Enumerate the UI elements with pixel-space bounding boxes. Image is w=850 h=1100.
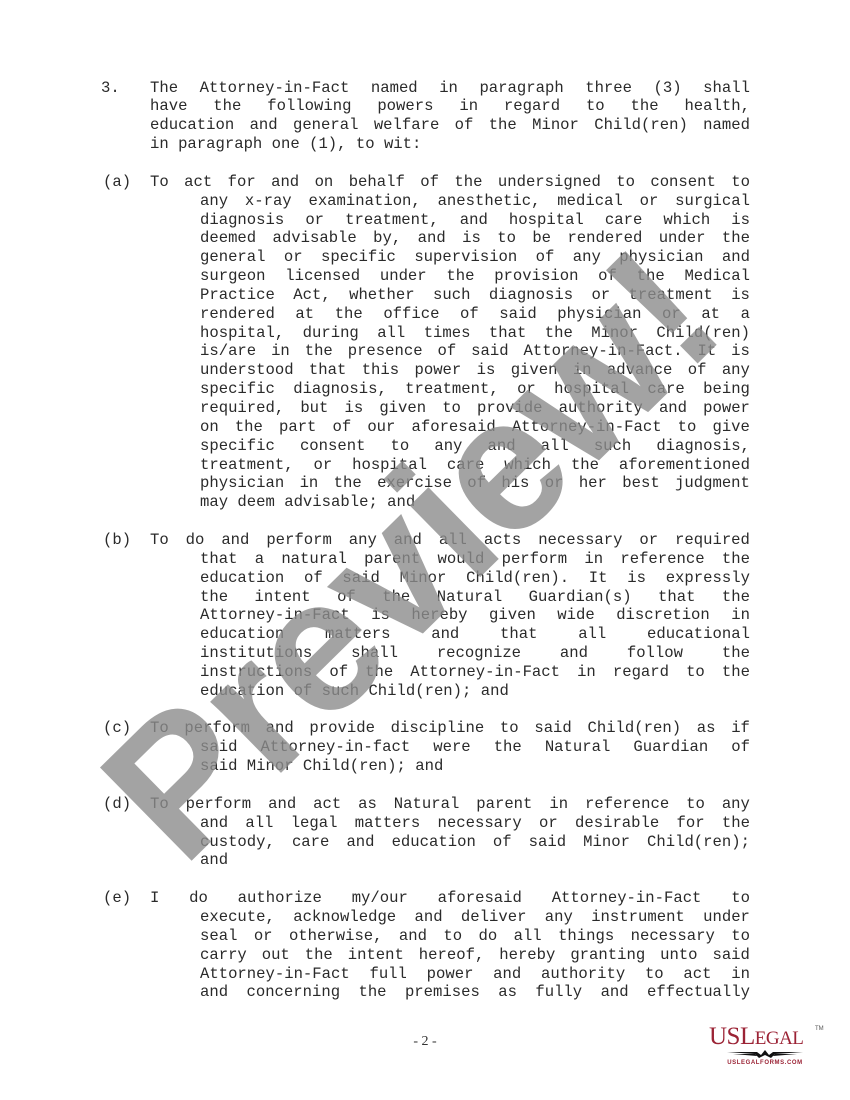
word: follow	[627, 644, 683, 663]
word: in	[439, 79, 458, 98]
paragraph-label: (e)	[103, 889, 131, 908]
word: part	[279, 418, 316, 437]
word: instructions	[200, 663, 312, 682]
word: of	[304, 569, 323, 588]
word: the	[335, 305, 363, 324]
word: of	[536, 248, 555, 267]
word: Attorney-in-Fact	[410, 663, 560, 682]
text-line: ToperformandprovidedisciplinetosaidChild…	[150, 719, 750, 738]
text-line: specificconsenttoanyandallsuchdiagnosis,	[200, 437, 750, 456]
word: discretion	[616, 606, 710, 625]
text-line: generalorspecificsupervisionofanyphysici…	[200, 248, 750, 267]
word: consent	[650, 173, 716, 192]
word: treatment	[629, 286, 713, 305]
word: to	[686, 795, 705, 814]
word: exercise	[377, 474, 452, 493]
text-line: thatanaturalparentwouldperforminreferenc…	[200, 550, 750, 569]
word: perform	[502, 550, 568, 569]
word: as	[498, 983, 517, 1002]
word: any	[545, 908, 573, 927]
word: perform	[186, 795, 252, 814]
text-line: hospital,duringalltimesthattheMinorChild…	[200, 324, 750, 343]
word: Child(ren).	[466, 569, 569, 588]
word: in	[731, 606, 750, 625]
uslegal-logo[interactable]: USLEGAL TM USLEGALFORMS.COM	[705, 1024, 825, 1069]
word: as	[697, 719, 716, 738]
word: of	[438, 342, 457, 361]
document-page: 3.TheAttorney-in-Factnamedinparagraphthr…	[0, 0, 850, 1100]
text-line: Idoauthorizemy/ouraforesaidAttorney-in-F…	[150, 889, 750, 908]
word: hospital,	[200, 324, 284, 343]
text-line: educationmattersandthatalleducational	[200, 625, 750, 644]
word: being	[703, 380, 750, 399]
word: all	[439, 531, 467, 550]
word: and	[268, 795, 296, 814]
word: or	[539, 814, 558, 833]
word: educational	[647, 625, 750, 644]
text-line: diagnosisortreatment,andhospitalcarewhic…	[200, 211, 750, 230]
word: to	[442, 399, 461, 418]
word: necessary	[631, 927, 715, 946]
word: do	[186, 531, 205, 550]
word: institutions	[200, 644, 312, 663]
word: Medical	[684, 267, 750, 286]
word: Practice	[200, 286, 275, 305]
word: whether	[349, 286, 415, 305]
logo-url: USLEGALFORMS.COM	[705, 1060, 825, 1066]
word: matters	[325, 625, 391, 644]
word: To	[150, 531, 169, 550]
word: seal	[200, 927, 237, 946]
word: the	[334, 474, 362, 493]
word: the	[722, 663, 750, 682]
word: all	[578, 625, 606, 644]
word: the	[358, 983, 386, 1002]
word: power	[427, 965, 474, 984]
word: give	[712, 418, 749, 437]
word: the	[489, 116, 517, 135]
word: the	[213, 97, 241, 116]
word: natural	[281, 550, 347, 569]
word: provision	[494, 267, 578, 286]
word: care	[447, 456, 484, 475]
word: necessary	[538, 531, 622, 550]
word: physician	[557, 305, 641, 324]
text-line: andalllegalmattersnecessaryordesirablefo…	[200, 814, 750, 833]
word: the	[305, 946, 333, 965]
word: which	[504, 456, 551, 475]
word: provide	[477, 399, 543, 418]
word: in	[584, 550, 603, 569]
word: best	[622, 474, 659, 493]
word: such	[433, 286, 470, 305]
text-line: renderedattheofficeofsaidphysicianorata	[200, 305, 750, 324]
word: Natural	[394, 795, 460, 814]
word: said	[499, 305, 536, 324]
word: a	[255, 550, 264, 569]
word: diagnosis	[200, 211, 284, 230]
text-line: specificdiagnosis,treatment,orhospitalca…	[200, 380, 750, 399]
word: for	[228, 173, 256, 192]
word: of	[731, 738, 750, 757]
word: consent	[300, 437, 366, 456]
word: judgment	[675, 474, 750, 493]
word: specific	[321, 248, 396, 267]
word: and	[418, 229, 446, 248]
word: or	[545, 474, 564, 493]
word: and	[221, 531, 249, 550]
word: of	[467, 474, 486, 493]
word: that	[309, 361, 346, 380]
word: and	[460, 211, 488, 230]
word: licensed	[285, 267, 360, 286]
word: to	[443, 927, 462, 946]
word: if	[731, 719, 750, 738]
word: is	[731, 286, 750, 305]
word: of	[333, 418, 352, 437]
word: It	[589, 569, 608, 588]
word: is	[731, 211, 750, 230]
word: diagnosis,	[293, 380, 387, 399]
text-line: deemedadvisableby,andistoberenderedunder…	[200, 229, 750, 248]
word: Natural	[545, 738, 611, 757]
text-line: surgeonlicensedundertheprovisionoftheMed…	[200, 267, 750, 286]
word: perform	[266, 531, 332, 550]
word: three	[585, 79, 632, 98]
word: parent	[364, 550, 420, 569]
word: and	[266, 719, 294, 738]
word: anesthetic,	[438, 192, 541, 211]
word: which	[663, 211, 710, 230]
word: education	[150, 116, 234, 135]
word: and	[601, 983, 629, 1002]
text-line: may deem advisable; and	[200, 493, 750, 512]
word: necessary	[438, 814, 522, 833]
word: surgical	[675, 192, 750, 211]
text-line: havethefollowingpowersinregardtothehealt…	[150, 97, 750, 116]
text-line: education of such Child(ren); and	[200, 682, 750, 701]
word: out	[262, 946, 290, 965]
word: examination,	[308, 192, 420, 211]
word: and	[200, 814, 228, 833]
word: that	[500, 625, 537, 644]
eagle-wings-icon	[727, 1049, 803, 1059]
word: Attorney-in-Fact.	[524, 342, 683, 361]
word: diagnosis,	[656, 437, 750, 456]
word: or	[662, 305, 681, 324]
word: is	[731, 342, 750, 361]
word: of	[460, 305, 479, 324]
word: have	[150, 97, 187, 116]
text-line: custody,careandeducationofsaidMinorChild…	[200, 833, 750, 852]
word: education	[392, 833, 476, 852]
word: shall	[351, 644, 398, 663]
word: in	[271, 342, 290, 361]
word: said	[529, 833, 566, 852]
word: authorize	[238, 889, 322, 908]
word: act	[683, 965, 711, 984]
word: office	[383, 305, 439, 324]
word: the	[571, 456, 599, 475]
word: desirable	[575, 814, 659, 833]
word: the	[235, 418, 263, 437]
word: the	[722, 814, 750, 833]
word: the	[631, 97, 659, 116]
word: or	[640, 192, 659, 211]
word: be	[532, 229, 551, 248]
word: care	[647, 380, 684, 399]
word: to	[731, 173, 750, 192]
word: authority	[541, 965, 625, 984]
word: physician	[619, 248, 703, 267]
word: advisable	[273, 229, 357, 248]
word: all	[541, 437, 569, 456]
text-line: ToperformandactasNaturalparentinreferenc…	[150, 795, 750, 814]
word: all	[245, 814, 273, 833]
word: the	[722, 644, 750, 663]
word: is	[345, 399, 364, 418]
word: concerning	[246, 983, 340, 1002]
word: under	[703, 908, 750, 927]
word: Attorney-in-Fact	[200, 606, 350, 625]
word: power	[414, 361, 461, 380]
word: act	[184, 173, 212, 192]
word: hospital	[352, 456, 427, 475]
word: welfare	[374, 116, 440, 135]
word: Attorney-in-Fact	[200, 79, 350, 98]
text-line: is/areinthepresenceofsaidAttorney-in-Fac…	[200, 342, 750, 361]
text-line: execute,acknowledgeanddeliveranyinstrume…	[200, 908, 750, 927]
word: powers	[377, 97, 433, 116]
word: my/our	[352, 889, 408, 908]
word: Guardian	[633, 738, 708, 757]
word: and	[271, 173, 299, 192]
word: to	[731, 889, 750, 908]
word: any	[200, 192, 228, 211]
word: acts	[484, 531, 521, 550]
word: the	[382, 588, 410, 607]
word: authority	[559, 399, 643, 418]
word: and	[200, 983, 228, 1002]
word: (3)	[654, 79, 682, 98]
word: aforesaid	[438, 889, 522, 908]
word: hospital	[554, 380, 629, 399]
word: to	[678, 418, 697, 437]
word: such	[594, 437, 631, 456]
word: undersigned	[498, 173, 601, 192]
word: said	[471, 342, 508, 361]
word: perform	[184, 719, 250, 738]
word: hereby	[499, 946, 555, 965]
word: acknowledge	[293, 908, 396, 927]
text-line: Attorney-in-Factfullpowerandauthoritytoa…	[200, 965, 750, 984]
text-line: saidAttorney-in-factweretheNaturalGuardi…	[200, 738, 750, 757]
text-line: physicianintheexerciseofhisorherbestjudg…	[200, 474, 750, 493]
word: the	[365, 663, 393, 682]
word: treatment,	[200, 456, 294, 475]
word: custody,	[200, 833, 275, 852]
word: rendered	[200, 305, 275, 324]
word: Minor	[400, 569, 447, 588]
word: hospital	[509, 211, 584, 230]
paragraph-label: (c)	[103, 719, 131, 738]
word: or	[639, 531, 658, 550]
word: is/are	[200, 342, 256, 361]
word: presence	[348, 342, 423, 361]
text-line: and	[200, 851, 750, 870]
word: is	[371, 606, 390, 625]
word: to	[586, 97, 605, 116]
word: deliver	[461, 908, 527, 927]
word: under	[380, 267, 427, 286]
word: I	[150, 889, 159, 908]
text-line: sealorotherwise,andtodoallthingsnecessar…	[200, 927, 750, 946]
word: health,	[684, 97, 750, 116]
word: the	[637, 267, 665, 286]
word: at	[701, 305, 720, 324]
word: The	[150, 79, 178, 98]
text-line: Todoandperformanyandallactsnecessaryorre…	[150, 531, 750, 550]
text-line: PracticeAct,whethersuchdiagnosisortreatm…	[200, 286, 750, 305]
word: education	[200, 569, 284, 588]
word: or	[305, 211, 324, 230]
word: and	[493, 965, 521, 984]
word: during	[303, 324, 359, 343]
word: understood	[200, 361, 294, 380]
word: for	[677, 814, 705, 833]
word: but	[300, 399, 328, 418]
text-line: onthepartofouraforesaidAttorney-in-Factt…	[200, 418, 750, 437]
word: and	[431, 625, 459, 644]
word: times	[424, 324, 471, 343]
word: education	[200, 625, 284, 644]
word: would	[438, 550, 485, 569]
word: her	[579, 474, 607, 493]
word: of	[688, 361, 707, 380]
word: discipline	[391, 719, 485, 738]
word: general	[293, 116, 359, 135]
word: and	[659, 399, 687, 418]
word: reference	[585, 795, 669, 814]
text-line: in paragraph one (1), to wit:	[150, 135, 750, 154]
word: in	[577, 663, 596, 682]
word: expressly	[666, 569, 750, 588]
text-line: anyx-rayexamination,anesthetic,medicalor…	[200, 192, 750, 211]
word: this	[362, 361, 399, 380]
word: in	[459, 97, 478, 116]
word: legal	[291, 814, 338, 833]
word: given	[511, 361, 558, 380]
text-line: TheAttorney-in-Factnamedinparagraphthree…	[150, 79, 750, 98]
word: that	[658, 588, 695, 607]
word: provide	[309, 719, 375, 738]
word: said	[200, 738, 237, 757]
word: medical	[557, 192, 623, 211]
word: fully	[535, 983, 582, 1002]
word: or	[591, 286, 610, 305]
word: said	[712, 946, 749, 965]
word: Child(ren)	[587, 719, 681, 738]
word: matters	[355, 814, 421, 833]
word: specific	[200, 437, 275, 456]
word: by,	[373, 229, 401, 248]
text-line: andconcerningthepremisesasfullyandeffect…	[200, 983, 750, 1002]
word: and	[415, 908, 443, 927]
word: of	[329, 663, 348, 682]
word: effectually	[647, 983, 750, 1002]
word: that	[489, 324, 526, 343]
word: required,	[200, 399, 284, 418]
word: given	[489, 606, 536, 625]
word: said	[342, 569, 379, 588]
word: is	[462, 229, 481, 248]
word: or	[284, 248, 303, 267]
word: any	[349, 531, 377, 550]
word: Attorney-in-Fact	[200, 965, 350, 984]
word: shall	[703, 79, 750, 98]
word: power	[703, 399, 750, 418]
word: in	[300, 474, 319, 493]
word: or	[254, 927, 273, 946]
word: on	[200, 418, 219, 437]
word: To	[150, 173, 169, 192]
word: Guardian(s)	[529, 588, 632, 607]
word: and	[488, 437, 516, 456]
word: under	[659, 229, 706, 248]
word: given	[379, 399, 426, 418]
text-line: institutionsshallrecognizeandfollowthe	[200, 644, 750, 663]
word: all	[514, 927, 542, 946]
word: the	[454, 173, 482, 192]
word: and	[399, 927, 427, 946]
word: Act,	[293, 286, 330, 305]
word: in	[573, 361, 592, 380]
word: any	[722, 795, 750, 814]
word: otherwise,	[289, 927, 383, 946]
word: deemed	[200, 229, 256, 248]
word: wide	[557, 606, 594, 625]
word: and	[722, 248, 750, 267]
word: in	[549, 795, 568, 814]
word: a	[741, 305, 750, 324]
word: treatment,	[345, 211, 439, 230]
word: general	[200, 248, 266, 267]
word: supervision	[414, 248, 517, 267]
text-line: understoodthatthispowerisgiveninadvanceo…	[200, 361, 750, 380]
word: treatment,	[405, 380, 499, 399]
text-line: said Minor Child(ren); and	[200, 757, 750, 776]
word: full	[369, 965, 406, 984]
word: Child(ren)	[594, 116, 688, 135]
word: parent	[476, 795, 532, 814]
word: act	[313, 795, 341, 814]
word: of	[493, 833, 512, 852]
paragraph-label: (b)	[103, 531, 131, 550]
word: paragraph	[479, 79, 563, 98]
word: instrument	[591, 908, 685, 927]
word: To	[150, 795, 169, 814]
word: at	[295, 305, 314, 324]
word: or	[517, 380, 536, 399]
word: on	[315, 173, 334, 192]
logo-wordmark: USLEGAL	[709, 1024, 803, 1051]
word: and	[250, 116, 278, 135]
word: of	[598, 267, 617, 286]
word: diagnosis	[489, 286, 573, 305]
word: in	[731, 965, 750, 984]
word: do	[478, 927, 497, 946]
text-line: educationofsaidMinorChild(ren).Itisexpre…	[200, 569, 750, 588]
